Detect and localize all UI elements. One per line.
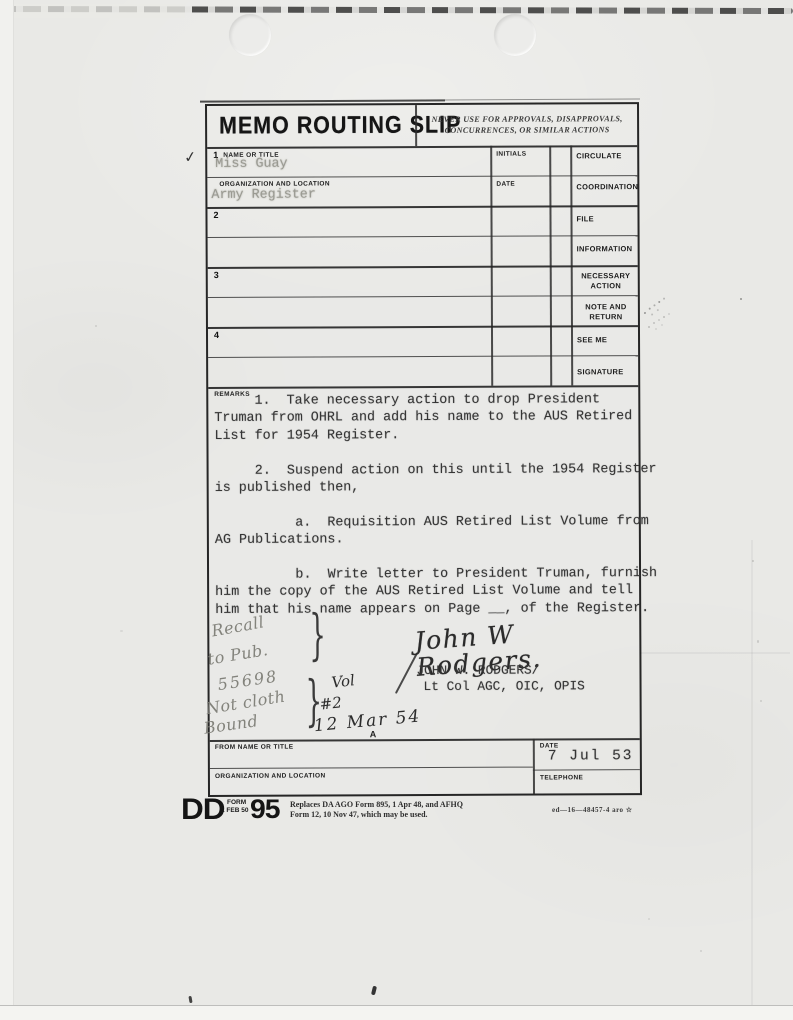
remarks-line: a. Requisition AUS Retired List Volume f… <box>215 513 639 532</box>
footer-form-number: 95 <box>250 796 279 822</box>
paper-left-edge <box>0 0 14 1020</box>
form-warning-line2: CONCURRENCES, OR SIMILAR ACTIONS <box>419 124 635 136</box>
grid-hline <box>208 355 638 358</box>
from-block-divider <box>533 739 535 794</box>
footer-form-word: FORM <box>227 799 246 807</box>
date-col-label: DATE <box>496 181 515 189</box>
handwritten-vol-num: #2 <box>319 694 343 712</box>
scan-mark <box>371 986 377 996</box>
paper-crease-horizontal <box>640 652 790 654</box>
scan-mark <box>188 996 192 1003</box>
handwritten-note-to-pub: to Pub. <box>206 641 269 669</box>
row4-number: 4 <box>214 331 219 340</box>
remarks-line <box>215 496 639 515</box>
action-file[interactable]: FILE <box>576 214 634 224</box>
from-block-mid-rule-right <box>533 769 640 770</box>
footer-form-date: 1 FEB 50 <box>221 807 248 815</box>
remarks-top-rule <box>208 385 638 388</box>
remarks-line: him the copy of the AUS Retired List Vol… <box>215 583 639 602</box>
grid-hline-section <box>208 325 638 328</box>
action-see-me[interactable]: SEE ME <box>577 335 635 345</box>
from-org-label: ORGANIZATION AND LOCATION <box>215 772 326 780</box>
footer-replaces-line1: Replaces DA AGO Form 895, 1 Apr 48, and … <box>290 800 463 810</box>
scan-top-edge-fade <box>0 4 185 18</box>
handwritten-vol: Vol <box>331 672 356 690</box>
top-double-rule <box>200 99 445 102</box>
initials-label: INITIALS <box>496 151 526 159</box>
pencil-scribble <box>648 326 650 328</box>
action-note-and-return[interactable]: NOTE AND RETURN <box>577 302 635 321</box>
scan-speck <box>120 630 123 632</box>
remarks-text: 1. Take necessary action to drop Preside… <box>214 391 639 619</box>
remarks-line: 1. Take necessary action to drop Preside… <box>214 391 638 410</box>
grid-hline-section <box>207 205 637 208</box>
row1-org-value[interactable]: Army Register <box>211 187 316 205</box>
header-bottom-rule <box>207 145 637 148</box>
from-name-label: FROM NAME OR TITLE <box>215 744 294 752</box>
remarks-line <box>214 443 638 462</box>
from-block-mid-rule-left <box>210 767 533 769</box>
grid-hline <box>207 175 637 178</box>
signature-typed-title: Lt Col AGC, OIC, OPIS <box>424 677 585 695</box>
scanned-paper: ✓ MEMO ROUTING SLIP NEVER USE FOR APPROV… <box>0 0 793 1020</box>
grid-hline <box>208 235 638 238</box>
from-block-top-rule <box>210 738 640 741</box>
telephone-label: TELEPHONE <box>540 774 583 782</box>
header-divider <box>415 105 417 146</box>
handwritten-brace-top: } <box>309 605 326 668</box>
signature-pen-stroke <box>395 652 418 694</box>
remarks-line <box>215 548 639 567</box>
row3-number: 3 <box>214 271 219 280</box>
pencil-scribble <box>644 312 646 314</box>
handwritten-caret: A <box>370 729 377 739</box>
punch-hole-left <box>229 14 271 56</box>
grid-hline <box>208 295 638 298</box>
scan-speck <box>760 700 762 702</box>
remarks-line: 2. Suspend action on this until the 1954… <box>215 461 639 480</box>
remarks-line: AG Publications. <box>215 530 639 549</box>
scan-speck <box>95 325 97 327</box>
paper-crease-vertical <box>751 540 753 1005</box>
row1-name-value[interactable]: Miss Guay <box>215 156 287 174</box>
row2-number: 2 <box>213 211 218 220</box>
remarks-line: b. Write letter to President Truman, fur… <box>215 565 639 584</box>
scan-speck <box>648 918 650 920</box>
top-double-rule-faint <box>445 98 640 100</box>
grid-hline-section <box>208 265 638 268</box>
action-signature[interactable]: SIGNATURE <box>577 367 635 377</box>
memo-routing-slip-form: MEMO ROUTING SLIP NEVER USE FOR APPROVAL… <box>205 102 642 797</box>
punch-hole-right <box>494 14 536 56</box>
action-information[interactable]: INFORMATION <box>577 244 635 254</box>
checkmark-annotation: ✓ <box>183 147 198 167</box>
footer-replaces-line2: Form 12, 10 Nov 47, which may be used. <box>290 810 428 820</box>
scan-speck <box>740 298 742 300</box>
paper-bottom-edge <box>0 1005 793 1020</box>
action-necessary-action[interactable]: NECESSARY ACTION <box>577 271 635 290</box>
from-date-value[interactable]: 7 Jul 53 <box>548 748 634 766</box>
scan-speck <box>757 640 759 643</box>
footer-print-code: ed—16—48457-4 aro ☆ <box>552 806 633 814</box>
action-circulate[interactable]: CIRCULATE <box>576 151 634 161</box>
scan-speck <box>700 950 702 952</box>
remarks-line: Truman from OHRL and add his name to the… <box>214 409 638 428</box>
remarks-line: List for 1954 Register. <box>214 426 638 445</box>
footer-dd: DD <box>181 797 224 823</box>
action-coordination[interactable]: COORDINATION <box>576 182 634 192</box>
remarks-line: is published then, <box>215 478 639 497</box>
